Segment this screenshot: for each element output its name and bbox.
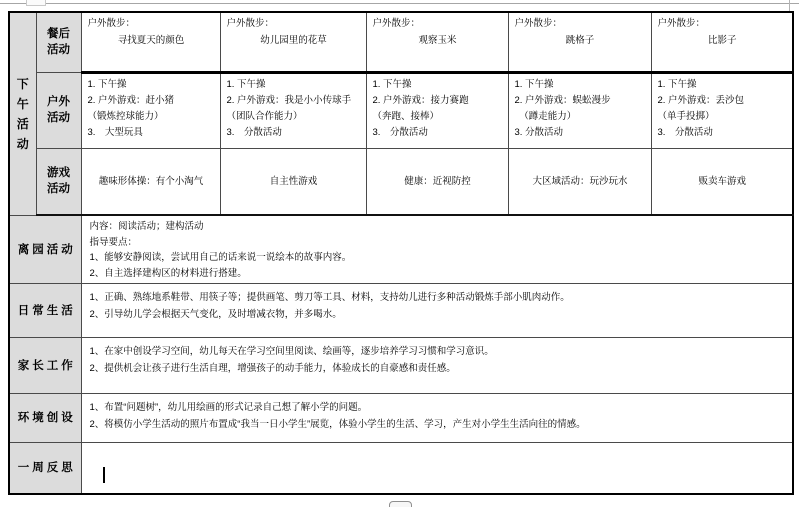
daily-life-content-cell[interactable]: 1、正确、熟练地系鞋带、用筷子等；提供画笔、剪刀等工具、材料，支持幼儿进行多种活…: [81, 284, 793, 338]
after-meal-cell-day2[interactable]: 户外散步： 幼儿园里的花草: [220, 12, 366, 72]
row-header-departure-label: 离园活动: [15, 244, 76, 256]
row-header-games[interactable]: 游戏活动: [36, 148, 81, 215]
outdoor-cell-day2[interactable]: 1. 下午操 2. 户外游戏：我是小小传球手 （团队合作能力） 3. 分散活动: [220, 72, 366, 148]
walk-activity: 观察玉米: [373, 33, 503, 49]
row-header-departure[interactable]: 离园活动: [9, 215, 81, 284]
margin-tab: [26, 0, 46, 6]
row-header-weekly-reflection-label: 一周反思: [15, 462, 76, 474]
games-cell-day5[interactable]: 贩卖车游戏: [651, 148, 793, 215]
walk-activity: 比影子: [658, 33, 788, 49]
walk-label: 户外散步：: [658, 16, 788, 32]
walk-label: 户外散步：: [227, 16, 361, 32]
page-browse-button[interactable]: [389, 501, 412, 507]
after-meal-cell-day3[interactable]: 户外散步： 观察玉米: [366, 12, 508, 72]
row-header-parent-work-label: 家长工作: [15, 360, 76, 372]
games-cell-day2[interactable]: 自主性游戏: [220, 148, 366, 215]
after-meal-cell-day5[interactable]: 户外散步： 比影子: [651, 12, 793, 72]
row-header-environment-label: 环境创设: [15, 412, 76, 424]
walk-activity: 幼儿园里的花草: [227, 33, 361, 49]
walk-activity: 跳格子: [515, 33, 646, 49]
row-header-outdoor-label: 户外活动: [46, 94, 72, 126]
row-header-environment[interactable]: 环境创设: [9, 394, 81, 443]
outdoor-cell-day5[interactable]: 1. 下午操 2. 户外游戏：丢沙包 （单手投掷） 3. 分散活动: [651, 72, 793, 148]
row-header-games-label: 游戏活动: [46, 165, 72, 197]
row-header-afternoon-block[interactable]: 下午活动: [9, 12, 36, 215]
row-header-daily-life[interactable]: 日常生活: [9, 284, 81, 338]
walk-label: 户外散步：: [373, 16, 503, 32]
after-meal-cell-day4[interactable]: 户外散步： 跳格子: [508, 12, 651, 72]
outdoor-cell-day3[interactable]: 1. 下午操 2. 户外游戏：接力赛跑 （奔跑、接棒） 3. 分散活动: [366, 72, 508, 148]
games-cell-day3[interactable]: 健康：近视防控: [366, 148, 508, 215]
weekly-reflection-content-cell[interactable]: [81, 443, 793, 494]
page-top-boundary-line: [0, 3, 799, 4]
row-header-afternoon-label: 下午活动: [16, 74, 29, 154]
walk-label: 户外散步：: [88, 16, 215, 32]
walk-label: 户外散步：: [515, 16, 646, 32]
row-header-daily-life-label: 日常生活: [15, 305, 76, 317]
document-page: 下午活动 餐后活动 户外散步： 寻找夏天的颜色 户外散步： 幼儿园里的花草 户外…: [0, 0, 799, 507]
environment-content-cell[interactable]: 1、布置“问题树”，幼儿用绘画的形式记录自己想了解小学的问题。 2、将模仿小学生…: [81, 394, 793, 443]
games-cell-day1[interactable]: 趣味形体操：有个小淘气: [81, 148, 220, 215]
parent-work-content-cell[interactable]: 1、在家中创设学习空间，幼儿每天在学习空间里阅读、绘画等，逐步培养学习习惯和学习…: [81, 338, 793, 394]
text-cursor: [103, 467, 105, 483]
departure-content-cell[interactable]: 内容：阅读活动；建构活动 指导要点： 1、能够安静阅读，尝试用自己的话来说一说绘…: [81, 215, 793, 284]
after-meal-cell-day1[interactable]: 户外散步： 寻找夏天的颜色: [81, 12, 220, 72]
row-header-outdoor[interactable]: 户外活动: [36, 72, 81, 148]
outdoor-cell-day4[interactable]: 1. 下午操 2. 户外游戏：蜈蚣漫步 （蹲走能力） 3. 分散活动: [508, 72, 651, 148]
row-header-weekly-reflection[interactable]: 一周反思: [9, 443, 81, 494]
row-header-after-meal[interactable]: 餐后活动: [36, 12, 81, 72]
games-cell-day4[interactable]: 大区域活动：玩沙玩水: [508, 148, 651, 215]
weekly-plan-table: 下午活动 餐后活动 户外散步： 寻找夏天的颜色 户外散步： 幼儿园里的花草 户外…: [8, 11, 794, 495]
walk-activity: 寻找夏天的颜色: [88, 33, 215, 49]
outdoor-cell-day1[interactable]: 1. 下午操 2. 户外游戏：赶小猪 （锻炼控球能力） 3. 大型玩具: [81, 72, 220, 148]
row-header-parent-work[interactable]: 家长工作: [9, 338, 81, 394]
row-header-after-meal-label: 餐后活动: [46, 26, 72, 58]
